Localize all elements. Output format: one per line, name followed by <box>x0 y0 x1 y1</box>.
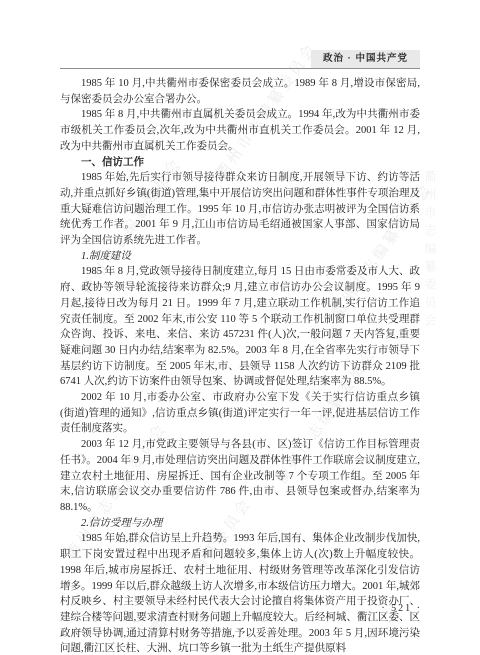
page-number: · 521 · <box>381 603 422 614</box>
header-rule <box>60 68 420 69</box>
book-page: 衢州市志编纂委员会 衢州市志编纂委员会 衢州市志编纂委员会 衢州市志编纂委员会 … <box>0 0 480 655</box>
paragraph: 2002 年 10 月,市委办公室、市政府办公室下发《关于实行信访重点乡镇(街道… <box>60 390 420 437</box>
subsection-heading: 1.制度建设 <box>60 249 420 265</box>
paragraph: 1985 年始,群众信访呈上升趋势。1993 年后,国有、集体企业改制步伐加快,… <box>60 531 420 655</box>
header-category-box: 政治 · 中国共产党 <box>311 50 420 68</box>
paragraph: 1985 年 10 月,中共衢州市委保密委员会成立。1989 年 8 月,增设市… <box>60 76 420 107</box>
paragraph: 2003 年 12 月,市党政主要领导与各县(市、区)签订《信访工作目标管理责任… <box>60 437 420 516</box>
paragraph: 1985 年 8 月,党政领导接待日制度建立,每月 15 日由市委常委及市人大、… <box>60 264 420 390</box>
section-heading: 一、信访工作 <box>60 155 420 171</box>
page-body: 1985 年 10 月,中共衢州市委保密委员会成立。1989 年 8 月,增设市… <box>60 76 420 655</box>
subsection-heading: 2.信访受理与办理 <box>60 516 420 532</box>
paragraph: 1985 年 8 月,中共衢州市直属机关委员会成立。1994 年,改为中共衢州市… <box>60 107 420 154</box>
paragraph: 1985 年始,先后实行市领导接待群众来访日制度,开展领导下访、约访等活动,并重… <box>60 170 420 249</box>
header-category-label: 政治 · 中国共产党 <box>323 53 408 64</box>
watermark-text: 衢州市志编纂委员会 <box>422 170 439 332</box>
